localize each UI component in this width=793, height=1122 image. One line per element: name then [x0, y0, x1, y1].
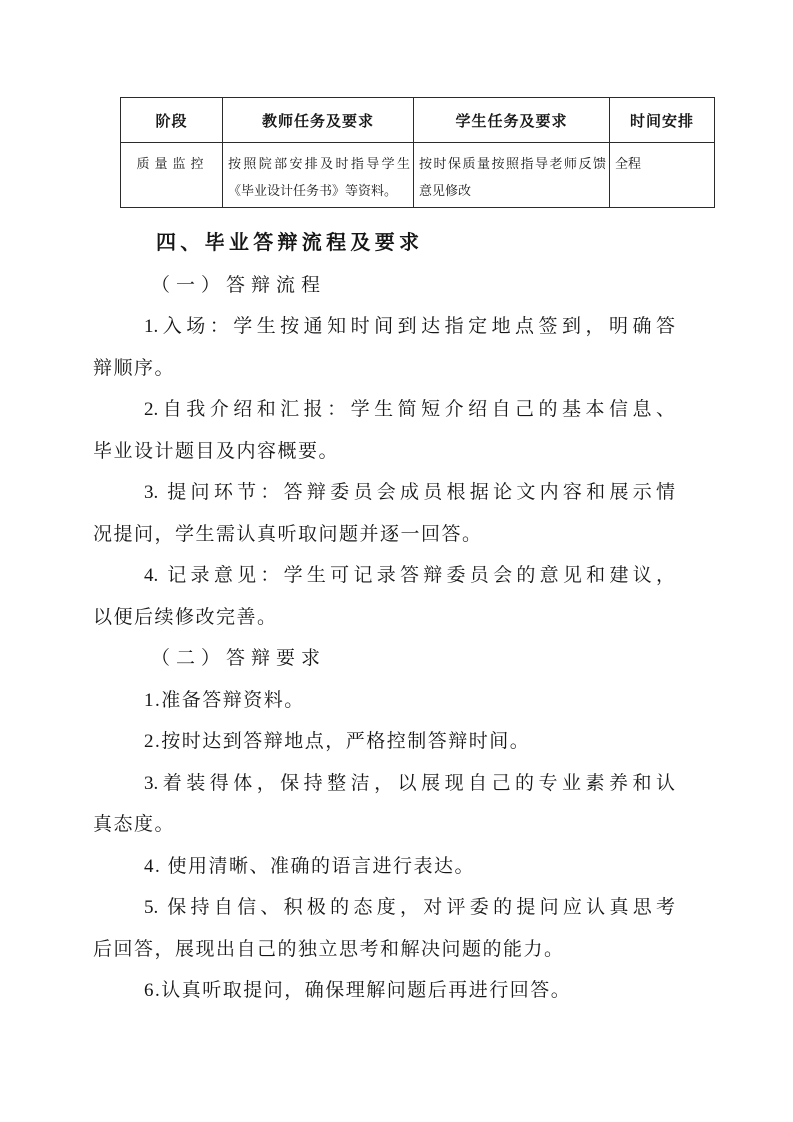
table-cell-teacher-tasks: 按照院部安排及时指导学生 《毕业设计任务书》等资料。 — [223, 143, 414, 208]
paragraph-line: 况提问，学生需认真听取问题并逐一回答。 — [93, 514, 675, 556]
table-header-teacher-tasks: 教师任务及要求 — [223, 98, 414, 143]
table-cell-line: 按时保质量按照指导老师反馈 — [419, 150, 606, 177]
table-header-stage: 阶段 — [121, 98, 223, 143]
list-item: 3.着装得体，保持整洁，以展现自己的专业素养和认 真态度。 — [93, 763, 675, 846]
paragraph-line: 后回答，展现出自己的独立思考和解决问题的能力。 — [93, 929, 675, 971]
table-cell-line: 《毕业设计任务书》等资料。 — [228, 177, 410, 204]
paragraph-line: 3. 提问环节：答辩委员会成员根据论文内容和展示情 — [93, 472, 675, 514]
list-item: 5. 保持自信、积极的态度，对评委的提问应认真思考 后回答，展现出自己的独立思考… — [93, 887, 675, 970]
table-header-time: 时间安排 — [610, 98, 715, 143]
document-page: 阶段 教师任务及要求 学生任务及要求 时间安排 质量监控 按照院部安排及时指导学… — [0, 0, 793, 1122]
table-cell-stage: 质量监控 — [121, 143, 223, 208]
subsection-title: （二）答辩要求 — [93, 638, 675, 680]
paragraph-line: 1.准备答辩资料。 — [93, 680, 675, 722]
paragraph-line: 5. 保持自信、积极的态度，对评委的提问应认真思考 — [93, 887, 675, 929]
list-item: 2.自我介绍和汇报：学生简短介绍自己的基本信息、 毕业设计题目及内容概要。 — [93, 389, 675, 472]
list-item: 4. 使用清晰、准确的语言进行表达。 — [93, 846, 675, 888]
table-header-row: 阶段 教师任务及要求 学生任务及要求 时间安排 — [121, 98, 715, 143]
table-cell-line: 意见修改 — [419, 177, 606, 204]
list-item: 6.认真听取提问，确保理解问题后再进行回答。 — [93, 970, 675, 1012]
list-item: 2.按时达到答辩地点，严格控制答辩时间。 — [93, 721, 675, 763]
subsection-title: （一）答辩流程 — [93, 265, 675, 307]
paragraph-line: 以便后续修改完善。 — [93, 597, 675, 639]
paragraph-line: 2.按时达到答辩地点，严格控制答辩时间。 — [93, 721, 675, 763]
list-item: 1.入场：学生按通知时间到达指定地点签到，明确答 辩顺序。 — [93, 306, 675, 389]
paragraph-line: 6.认真听取提问，确保理解问题后再进行回答。 — [93, 970, 675, 1012]
paragraph-line: 毕业设计题目及内容概要。 — [93, 431, 675, 473]
table-cell-student-tasks: 按时保质量按照指导老师反馈 意见修改 — [414, 143, 610, 208]
document-body: 四、毕业答辩流程及要求 （一）答辩流程 1.入场：学生按通知时间到达指定地点签到… — [93, 223, 675, 1012]
paragraph-line: 4. 使用清晰、准确的语言进行表达。 — [93, 846, 675, 888]
list-item: 4. 记录意见：学生可记录答辩委员会的意见和建议， 以便后续修改完善。 — [93, 555, 675, 638]
quality-control-table: 阶段 教师任务及要求 学生任务及要求 时间安排 质量监控 按照院部安排及时指导学… — [120, 97, 715, 208]
list-item: 1.准备答辩资料。 — [93, 680, 675, 722]
table-row: 质量监控 按照院部安排及时指导学生 《毕业设计任务书》等资料。 按时保质量按照指… — [121, 143, 715, 208]
paragraph-line: 辩顺序。 — [93, 348, 675, 390]
table-cell-time: 全程 — [610, 143, 715, 208]
table-header-student-tasks: 学生任务及要求 — [414, 98, 610, 143]
paragraph-line: 2.自我介绍和汇报：学生简短介绍自己的基本信息、 — [93, 389, 675, 431]
section-heading: 四、毕业答辩流程及要求 — [93, 223, 675, 265]
table-cell-line: 按照院部安排及时指导学生 — [228, 150, 410, 177]
paragraph-line: 4. 记录意见：学生可记录答辩委员会的意见和建议， — [93, 555, 675, 597]
list-item: 3. 提问环节：答辩委员会成员根据论文内容和展示情 况提问，学生需认真听取问题并… — [93, 472, 675, 555]
paragraph-line: 1.入场：学生按通知时间到达指定地点签到，明确答 — [93, 306, 675, 348]
paragraph-line: 真态度。 — [93, 804, 675, 846]
paragraph-line: 3.着装得体，保持整洁，以展现自己的专业素养和认 — [93, 763, 675, 805]
